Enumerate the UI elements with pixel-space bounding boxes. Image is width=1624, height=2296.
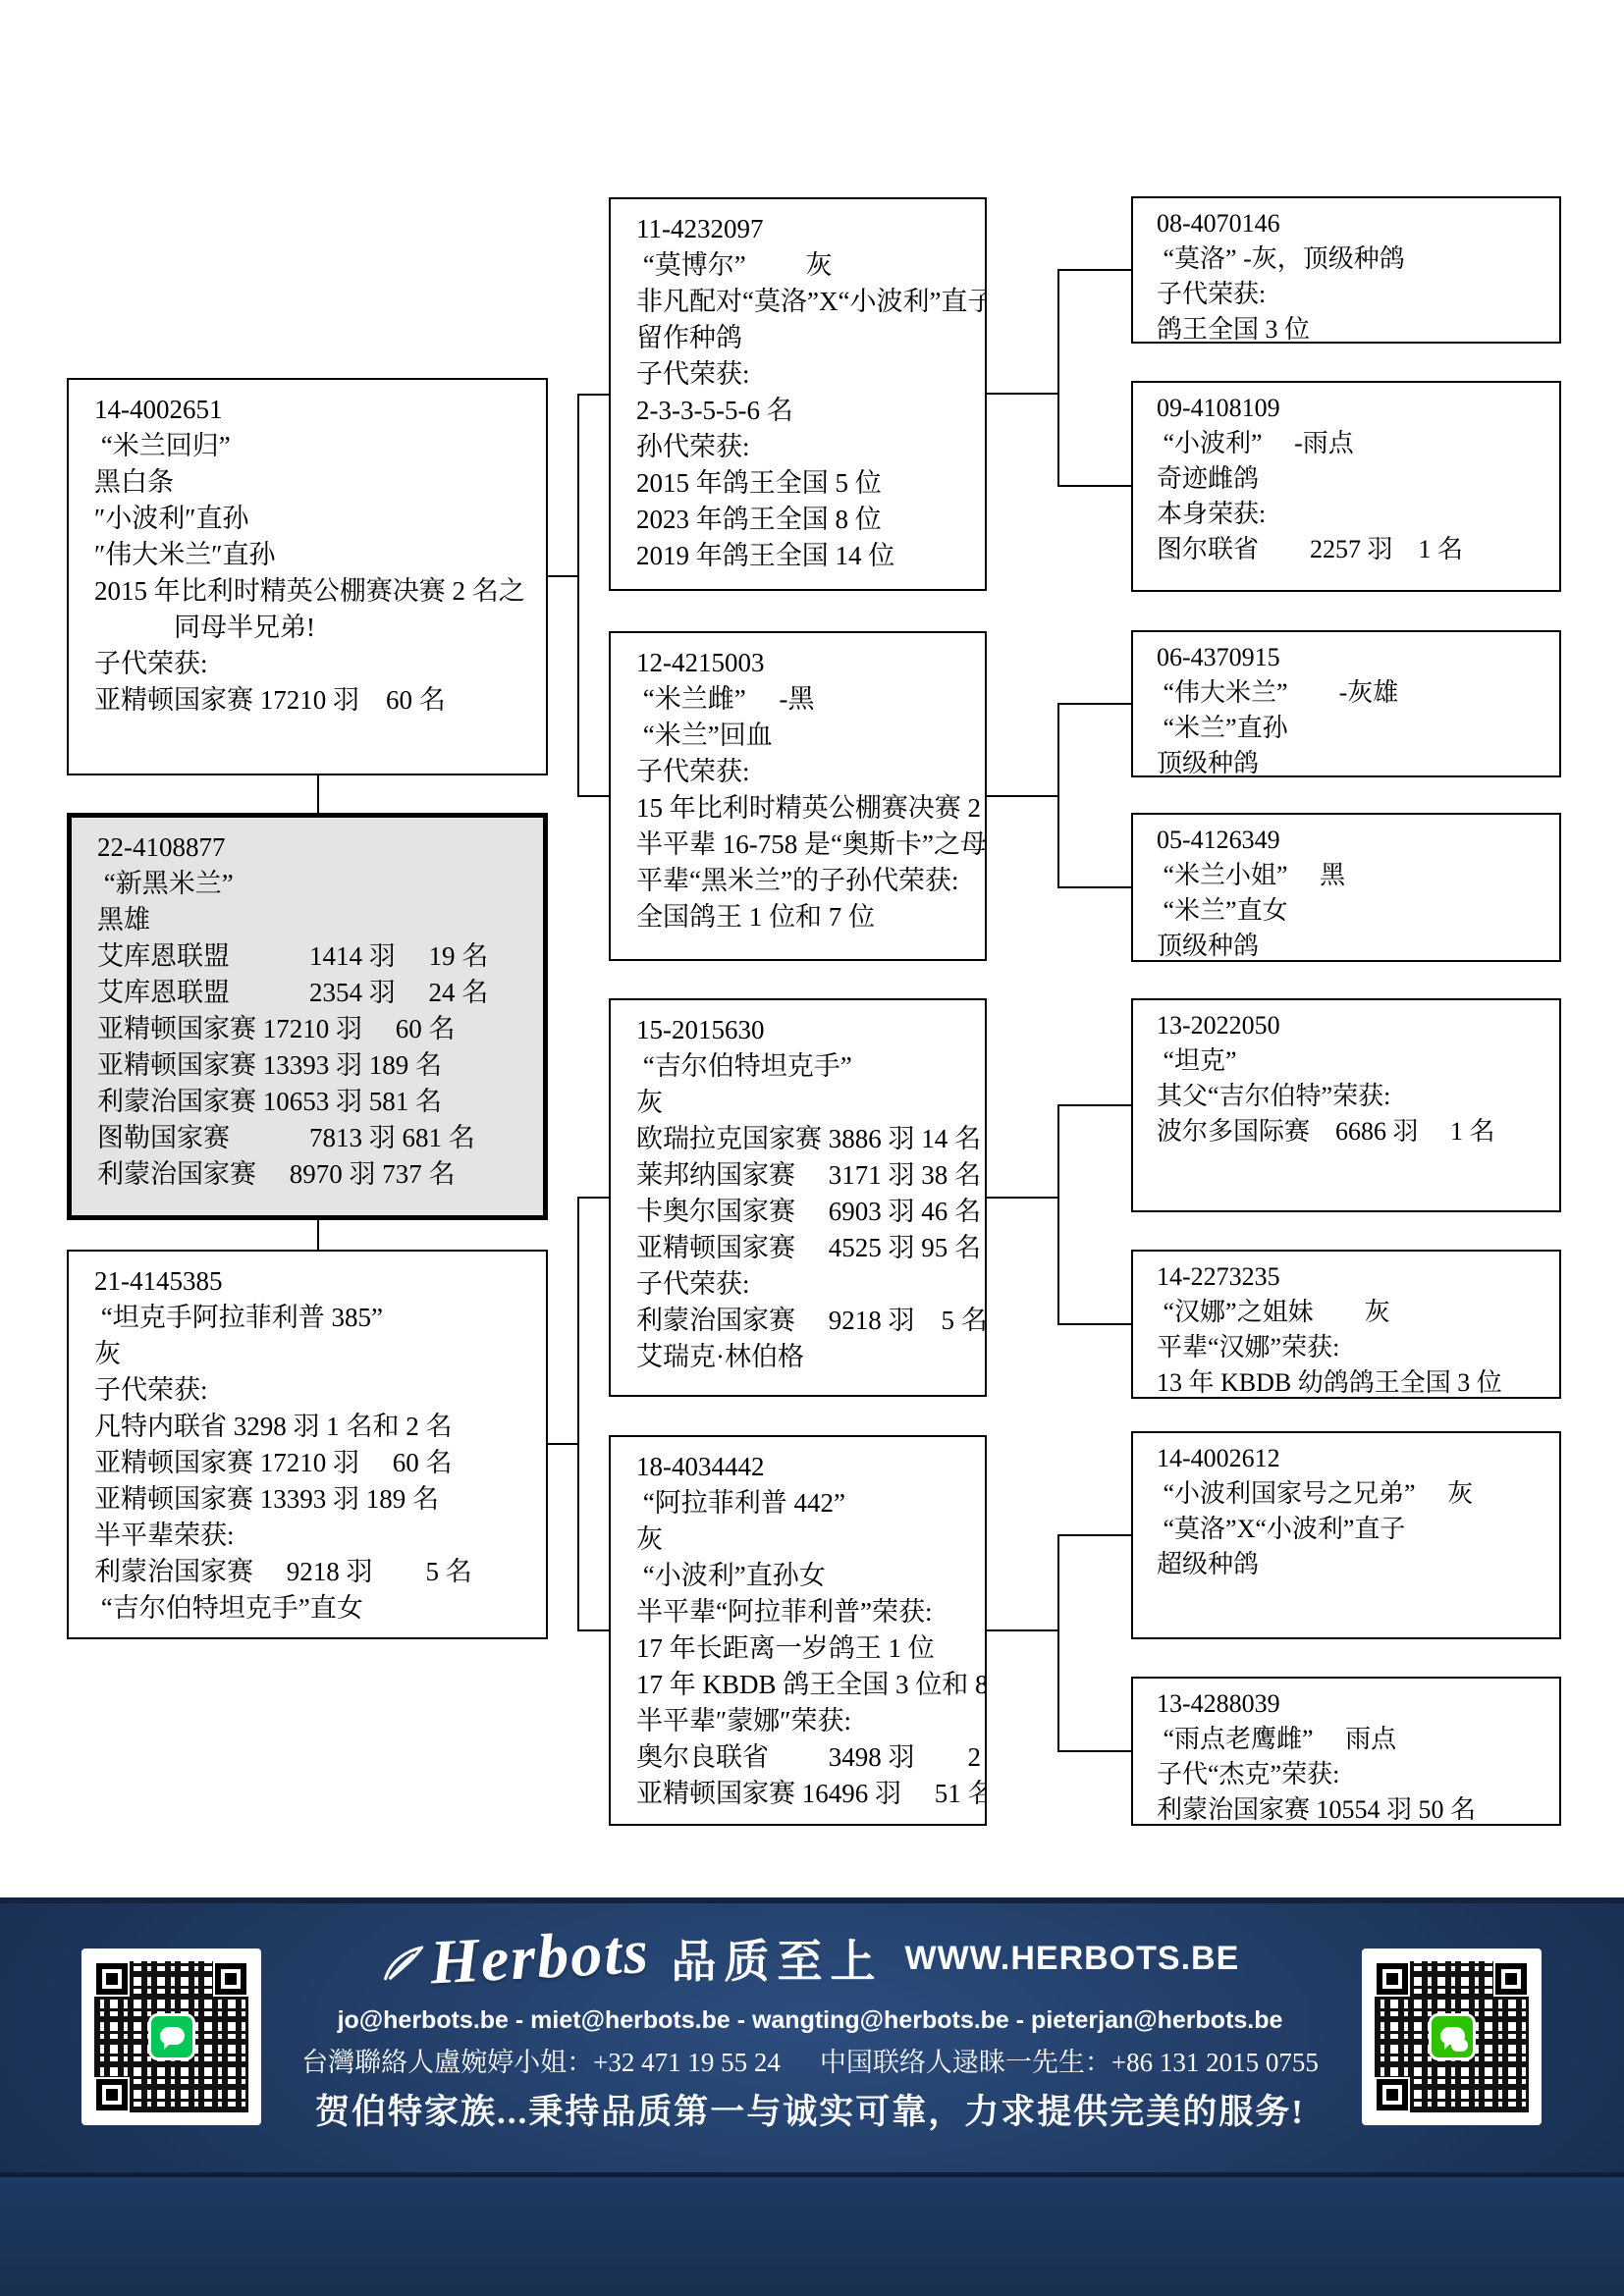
- connector-mother-stem: [548, 1443, 578, 1445]
- pedigree-box-greatgrandparent-1: 08-4070146 “莫洛” -灰，顶级种鸽 子代荣获: 鸽王全国 3 位: [1131, 196, 1561, 344]
- connector-gm2-ggp7: [1057, 1534, 1131, 1536]
- contacts-line: 台灣聯絡人盧婉婷小姐：+32 471 19 55 24 中国联络人逯睐一先生：+…: [301, 2041, 1319, 2079]
- pedigree-box-grandfather-paternal: 11-4232097 “莫博尔” 灰 非凡配对“莫洛”X“小波利”直子 留作种鸽…: [609, 197, 987, 591]
- pedigree-box-ggp1-text: 08-4070146 “莫洛” -灰，顶级种鸽 子代荣获: 鸽王全国 3 位: [1133, 198, 1559, 344]
- pedigree-box-greatgrandparent-7: 14-4002612 “小波利国家号之兄弟” 灰 “莫洛”X“小波利”直子 超级…: [1131, 1431, 1561, 1639]
- pedigree-box-ggp5-text: 13-2022050 “坦克” 其父“吉尔伯特”荣获: 波尔多国际赛 6686 …: [1133, 1000, 1559, 1149]
- connector-gm1-ggp3: [1057, 703, 1131, 705]
- connector-father-gm1: [577, 795, 609, 797]
- pedigree-page: 14-4002651 “米兰回归” 黑白条 ″小波利″直孙 ″伟大米兰″直孙 2…: [0, 0, 1624, 2296]
- connector-gf1-ggp1: [1057, 269, 1131, 271]
- pedigree-box-ggp2-text: 09-4108109 “小波利” -雨点 奇迹雌鸽 本身荣获: 图尔联省 225…: [1133, 383, 1559, 567]
- connector-mother-bracket: [577, 1197, 579, 1631]
- emails-line: jo@herbots.be - miet@herbots.be - wangti…: [338, 2006, 1283, 2035]
- contact-taiwan: 台灣聯絡人盧婉婷小姐：+32 471 19 55 24: [301, 2041, 781, 2079]
- connector-gf2-bracket: [1057, 1104, 1059, 1325]
- footer-content: Herbots 品质至上 WWW.HERBOTS.BE jo@herbots.b…: [275, 1916, 1345, 2142]
- wechat-icon: [1429, 2013, 1476, 2060]
- feather-icon: [373, 1918, 431, 1998]
- pedigree-box-subject-text: 22-4108877 “新黑米兰” 黑雄 艾库恩联盟 1414 羽 19 名 艾…: [72, 818, 543, 1193]
- connector-gm2-ggp8: [1057, 1750, 1131, 1752]
- brand-tagline: 品质至上: [672, 1926, 884, 1991]
- pedigree-box-ggp4-text: 05-4126349 “米兰小姐” 黑 “米兰”直女 顶级种鸽: [1133, 815, 1559, 962]
- chat-bubble-small-icon: [1451, 2039, 1468, 2052]
- wechat-qr-code: [1362, 1949, 1542, 2125]
- connector-gf1-stem: [987, 393, 1059, 395]
- qr-finder-icon: [1375, 2077, 1410, 2112]
- pedigree-box-grandmother-paternal: 12-4215003 “米兰雌” -黑 “米兰”回血 子代荣获: 15 年比利时…: [609, 631, 987, 961]
- connector-mother-gm2: [577, 1629, 609, 1631]
- footer-bottom-band: [0, 2172, 1624, 2296]
- pedigree-box-subject: 22-4108877 “新黑米兰” 黑雄 艾库恩联盟 1414 羽 19 名 艾…: [67, 813, 548, 1220]
- connector-father-subject: [317, 775, 319, 813]
- connector-father-bracket: [577, 394, 579, 797]
- connector-mother-gf2: [577, 1197, 609, 1199]
- connector-father-gf1: [577, 394, 609, 396]
- pedigree-box-greatgrandparent-4: 05-4126349 “米兰小姐” 黑 “米兰”直女 顶级种鸽: [1131, 813, 1561, 962]
- pedigree-box-ggp7-text: 14-4002612 “小波利国家号之兄弟” 灰 “莫洛”X“小波利”直子 超级…: [1133, 1433, 1559, 1582]
- pedigree-box-grandmother-maternal: 18-4034442 “阿拉菲利普 442” 灰 “小波利”直孙女 半平辈“阿拉…: [609, 1435, 987, 1826]
- herbots-logo: Herbots: [379, 1915, 651, 2002]
- pedigree-box-gm1-text: 12-4215003 “米兰雌” -黑 “米兰”回血 子代荣获: 15 年比利时…: [611, 633, 985, 935]
- pedigree-box-greatgrandparent-2: 09-4108109 “小波利” -雨点 奇迹雌鸽 本身荣获: 图尔联省 225…: [1131, 381, 1561, 592]
- pedigree-box-father-text: 14-4002651 “米兰回归” 黑白条 ″小波利″直孙 ″伟大米兰″直孙 2…: [69, 380, 546, 719]
- connector-gm2-bracket: [1057, 1534, 1059, 1752]
- pedigree-box-father: 14-4002651 “米兰回归” 黑白条 ″小波利″直孙 ″伟大米兰″直孙 2…: [67, 378, 548, 775]
- pedigree-box-greatgrandparent-8: 13-4288039 “雨点老鹰雌” 雨点 子代“杰克”荣获: 利蒙治国家赛 1…: [1131, 1677, 1561, 1826]
- website-url: WWW.HERBOTS.BE: [905, 1940, 1240, 1978]
- connector-gf2-ggp6: [1057, 1323, 1131, 1325]
- connector-gf1-bracket: [1057, 269, 1059, 487]
- slogan-line: 贺伯特家族...秉持品质第一与诚实可靠，力求提供完美的服务!: [315, 2085, 1305, 2134]
- connector-gm1-stem: [987, 795, 1059, 797]
- pedigree-box-gm2-text: 18-4034442 “阿拉菲利普 442” 灰 “小波利”直孙女 半平辈“阿拉…: [611, 1437, 985, 1812]
- qr-finder-icon: [1375, 1961, 1410, 1997]
- line-qr-code: [81, 1949, 261, 2125]
- connector-gf1-ggp2: [1057, 485, 1131, 487]
- brand-row: Herbots 品质至上 WWW.HERBOTS.BE: [381, 1916, 1240, 2001]
- pedigree-box-gf2-text: 15-2015630 “吉尔伯特坦克手” 灰 欧瑞拉克国家赛 3886 羽 14…: [611, 1000, 985, 1375]
- pedigree-box-greatgrandparent-3: 06-4370915 “伟大米兰” -灰雄 “米兰”直孙 顶级种鸽: [1131, 630, 1561, 777]
- qr-finder-icon: [1493, 1961, 1529, 1997]
- qr-finder-icon: [213, 1961, 248, 1997]
- contact-china: 中国联络人逯睐一先生：+86 131 2015 0755: [820, 2041, 1319, 2079]
- chat-bubble-icon: [160, 2027, 185, 2045]
- connector-gf2-ggp5: [1057, 1104, 1131, 1106]
- qr-finder-icon: [94, 1961, 130, 1997]
- connector-gm1-ggp4: [1057, 886, 1131, 888]
- connector-gm2-stem: [987, 1629, 1059, 1631]
- connector-gm1-bracket: [1057, 703, 1059, 888]
- pedigree-box-greatgrandparent-5: 13-2022050 “坦克” 其父“吉尔伯特”荣获: 波尔多国际赛 6686 …: [1131, 998, 1561, 1212]
- pedigree-box-mother-text: 21-4145385 “坦克手阿拉菲利普 385” 灰 子代荣获: 凡特内联省 …: [69, 1252, 546, 1627]
- pedigree-box-gf1-text: 11-4232097 “莫博尔” 灰 非凡配对“莫洛”X“小波利”直子 留作种鸽…: [611, 199, 985, 574]
- pedigree-box-ggp6-text: 14-2273235 “汉娜”之姐妹 灰 平辈“汉娜”荣获: 13 年 KBDB…: [1133, 1252, 1559, 1399]
- pedigree-box-grandfather-maternal: 15-2015630 “吉尔伯特坦克手” 灰 欧瑞拉克国家赛 3886 羽 14…: [609, 998, 987, 1397]
- pedigree-box-greatgrandparent-6: 14-2273235 “汉娜”之姐妹 灰 平辈“汉娜”荣获: 13 年 KBDB…: [1131, 1250, 1561, 1399]
- line-icon: [148, 2013, 195, 2060]
- connector-father-stem: [548, 575, 578, 577]
- brand-name: Herbots: [428, 1915, 651, 2000]
- pedigree-box-mother: 21-4145385 “坦克手阿拉菲利普 385” 灰 子代荣获: 凡特内联省 …: [67, 1250, 548, 1639]
- pedigree-box-ggp3-text: 06-4370915 “伟大米兰” -灰雄 “米兰”直孙 顶级种鸽: [1133, 632, 1559, 777]
- pedigree-box-ggp8-text: 13-4288039 “雨点老鹰雌” 雨点 子代“杰克”荣获: 利蒙治国家赛 1…: [1133, 1679, 1559, 1826]
- connector-subject-mother: [317, 1220, 319, 1250]
- connector-gf2-stem: [987, 1197, 1059, 1199]
- qr-finder-icon: [94, 2077, 130, 2112]
